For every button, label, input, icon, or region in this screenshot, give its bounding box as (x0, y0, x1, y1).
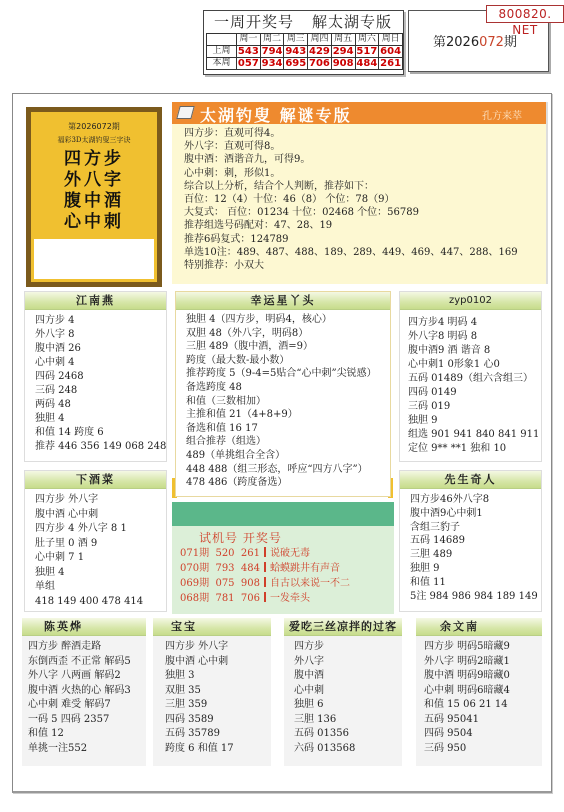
panel-line: 六码 013568 (294, 742, 402, 757)
trial-issue: 068期 (180, 593, 209, 604)
row-label: 上周 (207, 46, 237, 58)
panel-line: 四方步 4 外八字 8 1 (35, 522, 166, 537)
issue-number: 072 (479, 35, 504, 50)
draw-number: 294 (331, 46, 355, 58)
panel-body: 四方步 醉酒走路 东倒西歪 不正常 解码5 外八字 八两画 解码2 腹中酒 火热… (22, 636, 146, 756)
panel-line: 478 486（跨度备选） (186, 476, 390, 490)
trial-panel: 试机号 开奖号 071期 520 261说破无毒 070期 793 484蛤蟆跳… (172, 502, 394, 614)
panel-yu: 余文南 四方步 明码5暗藏9 外八字 明码2暗藏1 腹中酒 明码9暗藏0 心中刺… (416, 618, 542, 766)
panel-line: 三胆 136 (294, 713, 402, 728)
analysis-line: 四方步：直观可得4。 (184, 127, 546, 140)
panel-line: 腹中酒 心中刺 (35, 508, 166, 523)
trial-issue: 070期 (180, 563, 209, 574)
draw-number: 695 (284, 58, 308, 70)
analysis-line: 综合以上分析，结合个人判断，推荐如下： (184, 180, 546, 193)
panel-title: 江南燕 (25, 292, 166, 310)
panel-line: 四码 9504 (424, 727, 542, 742)
panel-line: 四方步 外八字 (165, 640, 271, 655)
panel-line: 五码 14689 (410, 534, 541, 548)
panel-lucky: 幸运星丫头 独胆 4（四方步，明码4，核心） 双胆 48（外八字，明码8） 三胆… (175, 291, 391, 497)
panel-line: 和值 12 (28, 727, 146, 742)
analysis-line: 推荐组选号码配对：47、28、19 (184, 219, 546, 232)
panel-body: 四方步4 明码 4 外八字8 明码 8 腹中酒9 酒 谐音 8 心中刺1 0形象… (400, 310, 541, 456)
panel-line: 外八字 八两画 解码2 (28, 669, 146, 684)
panel-baobao: 宝宝 四方步 外八字 腹中酒 心中刺 独胆 3 双胆 35 三胆 359 四码 … (153, 618, 271, 766)
panel-line: 跨度（最大数-最小数） (186, 354, 390, 368)
panel-line: 外八字8 明码 8 (408, 330, 541, 344)
analysis-line: 单选10注：489、487、488、189、289、449、469、447、28… (184, 246, 546, 259)
trial-title: 试机号 开奖号 (172, 529, 394, 546)
trial-row: 069期 075 908自古以来说一不二 (172, 576, 394, 591)
panel-line: 独胆 9 (410, 562, 541, 576)
panel-line: 四方步 明码5暗藏9 (424, 640, 542, 655)
panel-body: 四方步 外八字 腹中酒 心中刺 独胆 3 双胆 35 三胆 359 四码 358… (153, 636, 271, 756)
panel-line: 腹中酒 26 (35, 342, 166, 356)
separator-bar (264, 547, 266, 557)
panel-line: 三胆 489（腹中酒，酒=9） (186, 340, 390, 354)
book-icon (176, 106, 194, 119)
panel-line: 四方步 (294, 640, 402, 655)
panel-line: 四码 2468 (35, 370, 166, 384)
weekly-title-right: 解太湖专版 (312, 13, 392, 31)
panel-line: 三胆 359 (165, 698, 271, 713)
trial-test-number: 520 (215, 548, 234, 559)
panel-line: 489（单挑组合全含） (186, 449, 390, 463)
panel-line: 五码 01356 (294, 727, 402, 742)
trial-draw-number: 261 (241, 548, 260, 559)
day-header: 周六 (355, 34, 379, 46)
analysis-line: 腹中酒：酒谐音九，可得9。 (184, 153, 546, 166)
draw-number: 543 (237, 46, 261, 58)
separator-bar (264, 562, 266, 572)
draw-number: 794 (260, 46, 284, 58)
panel-line: 心中刺1 0形象1 心0 (408, 358, 541, 372)
draw-number: 908 (331, 58, 355, 70)
panel-line: 腹中酒9心中刺1 (410, 507, 541, 521)
panel-line: 腹中酒 火热的心 解码3 (28, 684, 146, 699)
panel-line: 备选跨度 48 (186, 381, 390, 395)
trial-test-number: 793 (215, 563, 234, 574)
panel-line: 外八字 (294, 655, 402, 670)
panel-line: 两码 48 (35, 398, 166, 412)
draw-number: 517 (355, 46, 379, 58)
panel-title: 宝宝 (153, 618, 271, 636)
panel-body: 四方步46外八字8 腹中酒9心中刺1 含组三豹子 五码 14689 三胆 489… (400, 489, 541, 603)
draws-grid: 周一 周二 周三 周四 周五 周六 周日 上周 543 794 943 429 … (206, 33, 403, 70)
separator-bar (264, 592, 266, 602)
panel-line: 外八字 8 (35, 328, 166, 342)
panel-line: 418 149 400 478 414 (35, 595, 166, 610)
panel-line: 心中刺 (294, 684, 402, 699)
trial-header-bar (172, 502, 394, 526)
panel-line: 独胆 4 (35, 566, 166, 581)
site-badge[interactable]: 800820. NET (486, 5, 564, 23)
day-header: 周二 (260, 34, 284, 46)
panel-line: 心中刺 难受 解码7 (28, 698, 146, 713)
poster-line: 外八字 (31, 170, 157, 191)
analysis-line: 推荐6码复式：124789 (184, 233, 546, 246)
last-week-row: 上周 543 794 943 429 294 517 604 (207, 46, 403, 58)
panel-xiajiu: 下酒菜 四方步 外八字 腹中酒 心中刺 四方步 4 外八字 8 1 肚子里 0 … (24, 470, 167, 612)
panel-line: 双胆 48（外八字，明码8） (186, 327, 390, 341)
draw-number: 943 (284, 46, 308, 58)
day-header: 周五 (331, 34, 355, 46)
panel-line: 5注 984 986 984 189 149 (410, 590, 541, 604)
panel-line: 独胆 6 (294, 698, 402, 713)
draw-number: 429 (308, 46, 332, 58)
panel-xiansheng: 先生奇人 四方步46外八字8 腹中酒9心中刺1 含组三豹子 五码 14689 三… (399, 470, 542, 612)
panel-line: 五码 35789 (165, 727, 271, 742)
analysis-line: 大复式： 百位：01234 十位：02468 个位：56789 (184, 206, 546, 219)
day-header: 周四 (308, 34, 332, 46)
panel-line: 腹中酒 (294, 669, 402, 684)
panel-line: 三码 248 (35, 384, 166, 398)
draw-number: 706 (308, 58, 332, 70)
draw-number: 934 (260, 58, 284, 70)
weekly-title-left: 一周开奖号 (214, 13, 294, 31)
panel-title: 爱吃三丝凉拌的过客 (284, 618, 402, 636)
panel-line: 腹中酒9 酒 谐音 8 (408, 344, 541, 358)
panel-line: 四方步 醉酒走路 (28, 640, 146, 655)
trial-row: 071期 520 261说破无毒 (172, 546, 394, 561)
panel-line: 四码 0149 (408, 386, 541, 400)
panel-line: 五码 01489（组六含组三） (408, 372, 541, 386)
panel-body: 四方步 明码5暗藏9 外八字 明码2暗藏1 腹中酒 明码9暗藏0 心中刺 明码6… (416, 636, 542, 756)
trial-draw-number: 706 (241, 593, 260, 604)
panel-line: 心中刺 明码6暗藏4 (424, 684, 542, 699)
panel-line: 四方步46外八字8 (410, 493, 541, 507)
poster-line: 心中刺 (31, 212, 157, 233)
trial-note: 一发牵头 (270, 593, 310, 604)
panel-line: 三码 950 (424, 742, 542, 757)
trial-draw-number: 484 (241, 563, 260, 574)
draw-number: 057 (237, 58, 261, 70)
panel-line: 组合推荐（组选） (186, 435, 390, 449)
panel-line: 和值（三数相加） (186, 395, 390, 409)
panel-line: 备选和值 16 17 (186, 422, 390, 436)
panel-body: 四方步 外八字 腹中酒 心中刺 四方步 4 外八字 8 1 肚子里 0 酒 9 … (25, 489, 166, 609)
trial-note: 说破无毒 (270, 548, 310, 559)
days-row: 周一 周二 周三 周四 周五 周六 周日 (207, 34, 403, 46)
panel-line: 四方步4 明码 4 (408, 316, 541, 330)
this-week-row: 本周 057 934 695 706 908 484 261 (207, 58, 403, 70)
panel-line: 肚子里 0 酒 9 (35, 537, 166, 552)
day-header: 周一 (237, 34, 261, 46)
panel-title: 先生奇人 (400, 471, 541, 489)
panel-line: 独胆 4（四方步，明码4，核心） (186, 313, 390, 327)
panel-line: 和值 14 跨度 6 (35, 426, 166, 440)
panel-line: 四方步 外八字 (35, 493, 166, 508)
panel-line: 独胆 3 (165, 669, 271, 684)
trial-issue: 069期 (180, 578, 209, 589)
poster-subtitle: 福彩3D太湖钓叟三字诀 (31, 135, 157, 145)
poster-line: 腹中酒 (31, 191, 157, 212)
panel-line: 东倒西歪 不正常 解码5 (28, 655, 146, 670)
panel-line: 三码 019 (408, 400, 541, 414)
poster-blank-area (34, 239, 154, 279)
day-header: 周三 (284, 34, 308, 46)
corner-cell (207, 34, 237, 46)
panel-line: 四方步 4 (35, 314, 166, 328)
trial-note: 蛤蟆跳井有声音 (270, 563, 340, 574)
draw-number: 604 (379, 46, 403, 58)
trial-test-number: 781 (215, 593, 234, 604)
trial-row: 068期 781 706一发牵头 (172, 591, 394, 606)
panel-line: 和值 15 06 21 14 (424, 698, 542, 713)
weekly-title: 一周开奖号解太湖专版 (204, 11, 403, 33)
poster-issue: 第2026072期 (31, 112, 157, 132)
panel-zyp: zyp0102 四方步4 明码 4 外八字8 明码 8 腹中酒9 酒 谐音 8 … (399, 291, 542, 462)
panel-line: 心中刺 7 1 (35, 551, 166, 566)
trial-issue: 071期 (180, 548, 209, 559)
panel-line: 五码 95041 (424, 713, 542, 728)
analysis-line: 百位：12（4）十位：46（8） 个位：78（9） (184, 193, 546, 206)
trial-note: 自古以来说一不二 (270, 578, 350, 589)
panel-line: 含组三豹子 (410, 521, 541, 535)
panel-line: 四码 3589 (165, 713, 271, 728)
draw-number: 484 (355, 58, 379, 70)
panel-line: 外八字 明码2暗藏1 (424, 655, 542, 670)
analysis-header: 太湖钓叟 解谜专版 孔方来萃 (172, 102, 546, 124)
panel-line: 定位 9** **1 独和 10 (408, 442, 541, 456)
row-label: 本周 (207, 58, 237, 70)
analysis-box: 太湖钓叟 解谜专版 孔方来萃 四方步：直观可得4。 外八字：直观可得8。 腹中酒… (172, 102, 548, 284)
panel-body: 四方步 外八字 腹中酒 心中刺 独胆 6 三胆 136 五码 01356 六码 … (284, 636, 402, 756)
panel-line: 心中刺 4 (35, 356, 166, 370)
panel-title: 下酒菜 (25, 471, 166, 489)
analysis-author: 孔方来萃 (482, 107, 522, 122)
poster-inner: 第2026072期 福彩3D太湖钓叟三字诀 四方步 外八字 腹中酒 心中刺 (31, 112, 157, 282)
draw-number: 261 (379, 58, 403, 70)
separator-bar (264, 577, 266, 587)
panel-line: 独胆 4 (35, 412, 166, 426)
trial-draw-number: 908 (241, 578, 260, 589)
panel-line: 单组 (35, 580, 166, 595)
panel-title: zyp0102 (400, 292, 541, 310)
analysis-title: 太湖钓叟 解谜专版 (200, 103, 352, 126)
analysis-line: 特别推荐：小双大 (184, 259, 546, 272)
panel-line: 三胆 489 (410, 548, 541, 562)
panel-jiangnan: 江南燕 四方步 4 外八字 8 腹中酒 26 心中刺 4 四码 2468 三码 … (24, 291, 167, 462)
poster-lines: 四方步 外八字 腹中酒 心中刺 (31, 149, 157, 233)
weekly-draw-table: 一周开奖号解太湖专版 周一 周二 周三 周四 周五 周六 周日 上周 543 7… (203, 10, 404, 75)
panel-line: 推荐 446 356 149 068 248 (35, 440, 166, 454)
panel-line: 推荐跨度 5（9-4=5贴合“心中刺”尖锐感） (186, 367, 390, 381)
issue-prefix: 第2026 (433, 35, 479, 50)
trial-test-number: 075 (215, 578, 234, 589)
panel-line: 独胆 9 (408, 414, 541, 428)
panel-line: 腹中酒 心中刺 (165, 655, 271, 670)
panel-line: 双胆 35 (165, 684, 271, 699)
panel-line: 和值 11 (410, 576, 541, 590)
analysis-line: 外八字：直观可得8。 (184, 140, 546, 153)
analysis-body: 四方步：直观可得4。 外八字：直观可得8。 腹中酒：酒谐音九，可得9。 心中刺：… (172, 124, 546, 272)
poster-line: 四方步 (31, 149, 157, 170)
panel-line: 跨度 6 和值 17 (165, 742, 271, 757)
panel-line: 主推和值 21（4+8+9） (186, 408, 390, 422)
panel-line: 一码 5 四码 2357 (28, 713, 146, 728)
panel-title: 幸运星丫头 (176, 292, 390, 310)
panel-body: 四方步 4 外八字 8 腹中酒 26 心中刺 4 四码 2468 三码 248 … (25, 310, 166, 454)
trial-row: 070期 793 484蛤蟆跳井有声音 (172, 561, 394, 576)
panel-body: 独胆 4（四方步，明码4，核心） 双胆 48（外八字，明码8） 三胆 489（腹… (176, 310, 390, 490)
analysis-line: 心中刺：刺，形似1。 (184, 167, 546, 180)
panel-guoke: 爱吃三丝凉拌的过客 四方步 外八字 腹中酒 心中刺 独胆 6 三胆 136 五码… (284, 618, 402, 766)
poster: 第2026072期 福彩3D太湖钓叟三字诀 四方步 外八字 腹中酒 心中刺 (26, 107, 162, 287)
panel-chen: 陈英烨 四方步 醉酒走路 东倒西歪 不正常 解码5 外八字 八两画 解码2 腹中… (22, 618, 146, 766)
panel-title: 陈英烨 (22, 618, 146, 636)
panel-line: 组选 901 941 840 841 911 (408, 428, 541, 442)
panel-line: 单挑一注552 (28, 742, 146, 757)
day-header: 周日 (379, 34, 403, 46)
issue-label: 第2026072期 (433, 31, 517, 50)
panel-title: 余文南 (416, 618, 542, 636)
panel-line: 腹中酒 明码9暗藏0 (424, 669, 542, 684)
panel-line: 448 488（组三形态，呼应“四方八字”） (186, 463, 390, 477)
